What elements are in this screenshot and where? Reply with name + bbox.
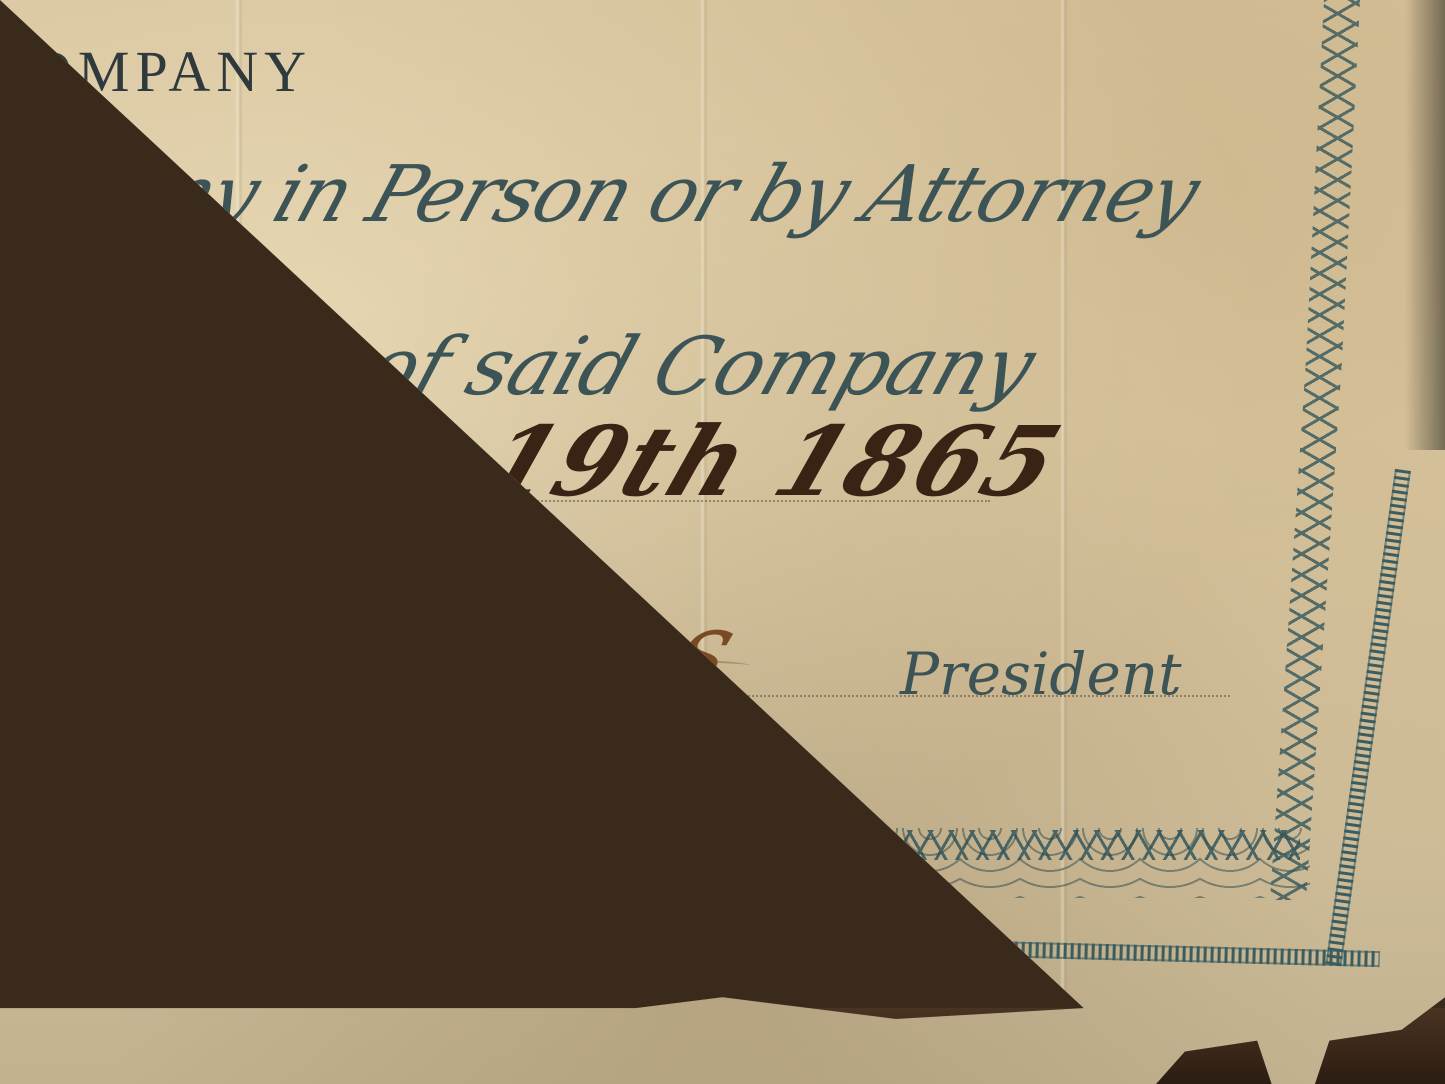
guilloche-border-bottom-lace [0, 828, 1310, 898]
president-signature: J. A. Phillips [126, 590, 752, 707]
engraved-line-attorney: mpany in Person or by Attorney [0, 150, 1209, 240]
signature-smudge [150, 655, 750, 676]
certificate-paper: OMPANY mpany in Person or by Attorney ta… [0, 0, 1445, 1084]
place-fragment: hia [0, 440, 84, 496]
president-title: President [900, 640, 1182, 708]
engraved-line-seal: tate Seal of said Company [0, 320, 1046, 413]
company-heading: OMPANY [30, 38, 312, 105]
handwritten-date: June 19th 1865 [179, 405, 1076, 518]
chain-border-right [1325, 469, 1410, 966]
guilloche-border-right [1270, 0, 1360, 900]
shadow [1405, 0, 1445, 450]
treasurer-title-fragment: urer [0, 720, 88, 766]
chain-border-bottom [0, 915, 1380, 967]
